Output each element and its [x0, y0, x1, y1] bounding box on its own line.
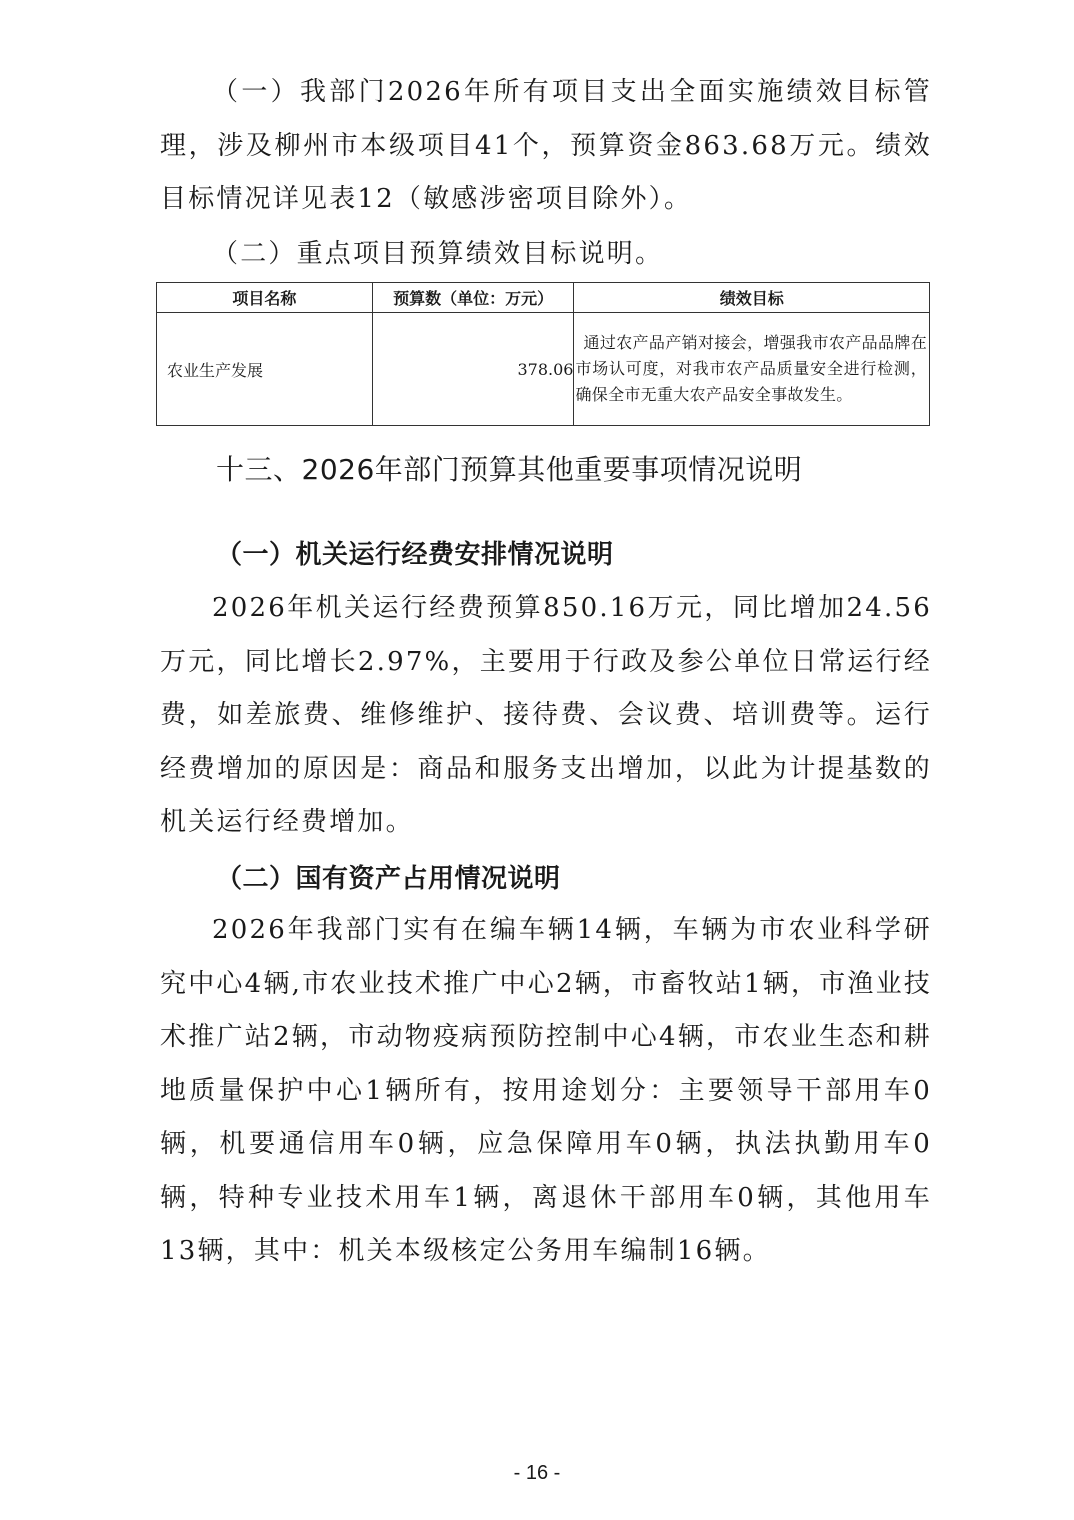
- performance-management-paragraph: （一）我部门2026年所有项目支出全面实施绩效目标管理，涉及柳州市本级项目41个…: [160, 66, 932, 227]
- section-13-title: 十三、2026年部门预算其他重要事项情况说明: [216, 448, 802, 488]
- table-header-row: 项目名称 预算数（单位：万元） 绩效目标: [157, 283, 930, 313]
- project-name-cell: 农业生产发展: [157, 313, 373, 426]
- performance-goal-cell: 通过农产品产销对接会，增强我市农产品品牌在市场认可度，对我市农产品质量安全进行检…: [574, 313, 930, 426]
- performance-goal-text: 通过农产品产销对接会，增强我市农产品品牌在市场认可度，对我市农产品质量安全进行检…: [575, 333, 927, 404]
- document-page: （一）我部门2026年所有项目支出全面实施绩效目标管理，涉及柳州市本级项目41个…: [0, 0, 1074, 1520]
- state-assets-heading: （二）国有资产占用情况说明: [216, 858, 561, 895]
- key-project-heading: （二）重点项目预算绩效目标说明。: [160, 228, 932, 282]
- page-number: - 16 -: [0, 1462, 1074, 1485]
- header-budget-amount: 预算数（单位：万元）: [372, 283, 574, 313]
- budget-amount-cell: 378.06: [372, 313, 574, 426]
- header-project-name: 项目名称: [157, 283, 373, 313]
- operating-expenses-paragraph: 2026年机关运行经费预算850.16万元，同比增加24.56万元，同比增长2.…: [160, 582, 932, 850]
- header-performance-goal: 绩效目标: [574, 283, 930, 313]
- table-row: 农业生产发展 378.06 通过农产品产销对接会，增强我市农产品品牌在市场认可度…: [157, 313, 930, 426]
- operating-expenses-heading: （一）机关运行经费安排情况说明: [216, 534, 614, 571]
- performance-goals-table: 项目名称 预算数（单位：万元） 绩效目标 农业生产发展 378.06 通过农产品…: [156, 282, 930, 426]
- state-assets-paragraph: 2026年我部门实有在编车辆14辆，车辆为市农业科学研究中心4辆,市农业技术推广…: [160, 904, 932, 1279]
